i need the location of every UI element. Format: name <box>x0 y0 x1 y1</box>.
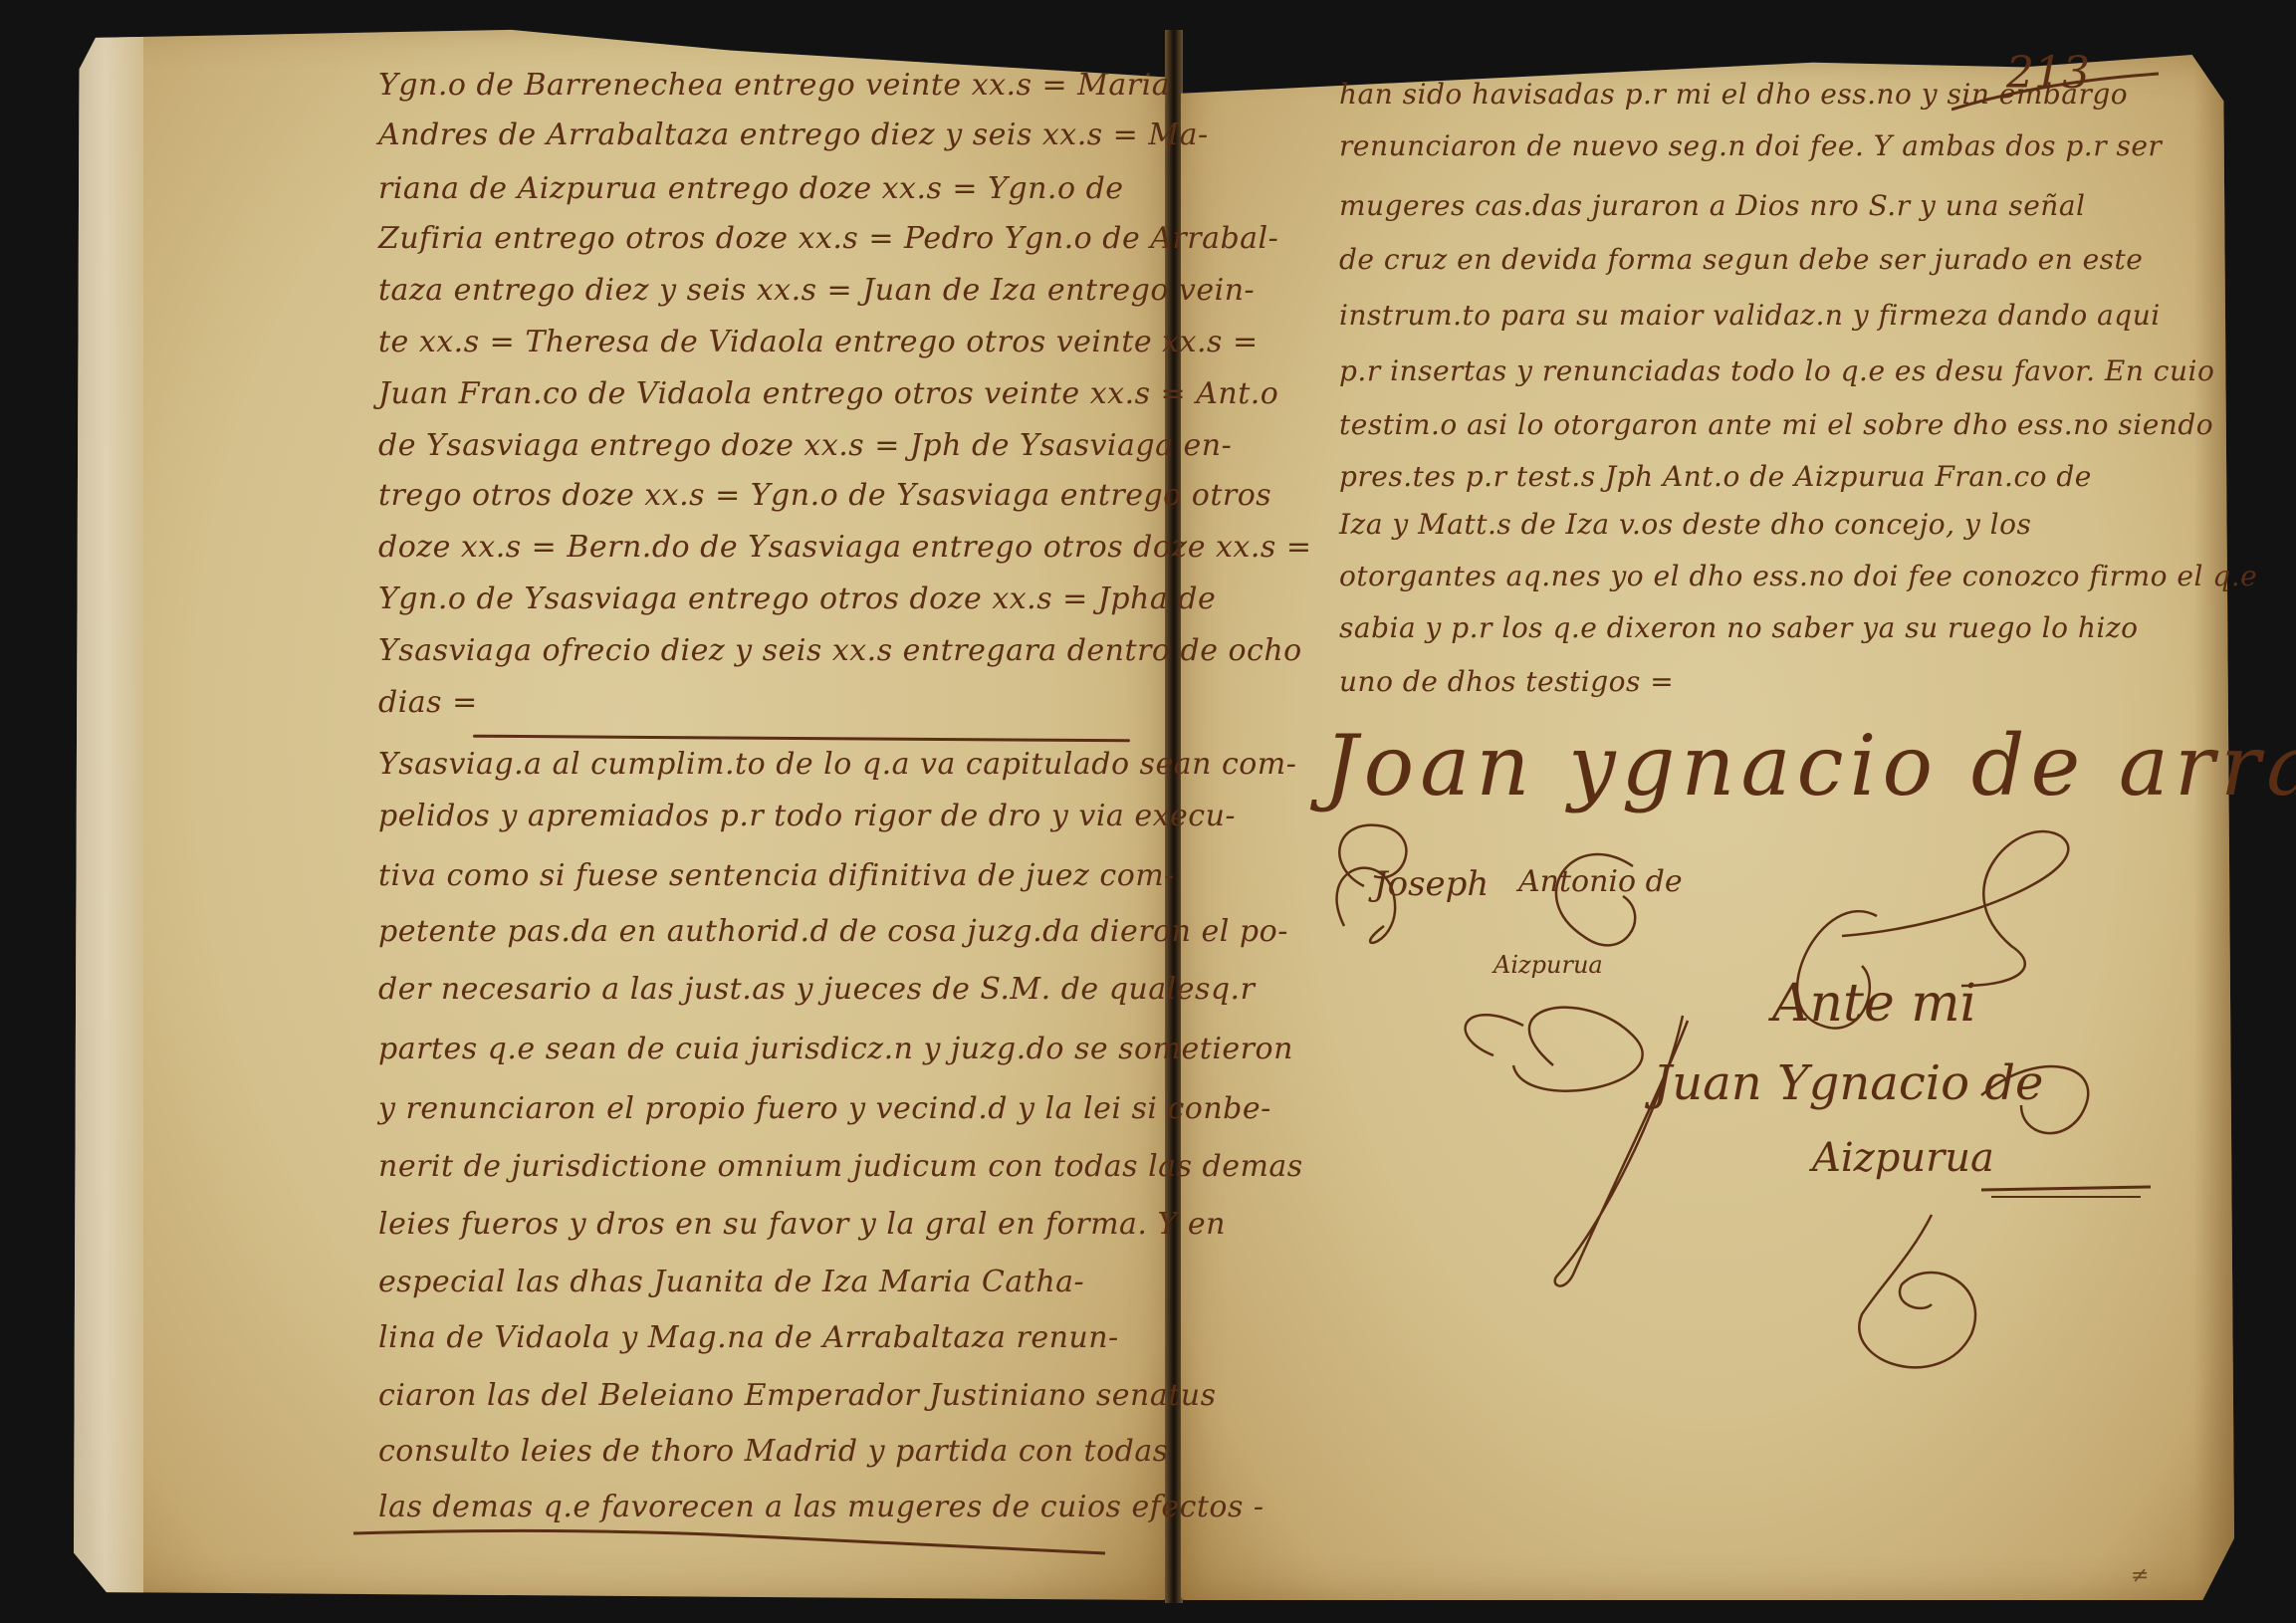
left-line-11: Ygn.o de Ysasviaga entrego otros doze xx… <box>378 581 1216 616</box>
left-para2-line-14: las demas q.e favorecen a las mugeres de… <box>378 1490 1264 1524</box>
left-line-2: Andres de Arrabaltaza entrego diez y sei… <box>378 117 1209 152</box>
left-para2-line-12: ciaron las del Beleiano Emperador Justin… <box>378 1378 1217 1413</box>
right-line-1: han sido havisadas p.r mi el dho ess.no … <box>1339 78 2128 111</box>
left-line-7: Juan Fran.co de Vidaola entrego otros ve… <box>378 376 1278 411</box>
left-para2-line-6: partes q.e sean de cuia jurisdicz.n y ju… <box>378 1032 1293 1066</box>
right-line-8: pres.tes p.r test.s Jph Ant.o de Aizpuru… <box>1339 460 2092 493</box>
left-para2-line-10: especial las dhas Juanita de Iza Maria C… <box>378 1265 1084 1299</box>
left-line-9: trego otros doze xx.s = Ygn.o de Ysasvia… <box>378 478 1271 513</box>
left-para2-line-4: petente pas.da en authorid.d de cosa juz… <box>378 914 1288 949</box>
left-para2-line-3: tiva como si fuese sentencia difinitiva … <box>378 858 1175 893</box>
right-line-7: testim.o asi lo otorgaron ante mi el sob… <box>1339 408 2213 441</box>
corner-pencil-mark: ≠ <box>2131 1563 2149 1588</box>
left-line-4: Zufiria entrego otros doze xx.s = Pedro … <box>378 221 1278 256</box>
left-line-13: dias = <box>378 685 478 720</box>
left-line-12: Ysasviaga ofrecio diez y seis xx.s entre… <box>378 633 1302 668</box>
open-manuscript-book: Ygn.o de Barrenechea entrego veinte xx.s… <box>0 0 2296 1623</box>
left-para2-line-13: consulto leies de thoro Madrid y partida… <box>378 1434 1169 1469</box>
left-para2-line-8: nerit de jurisdictione omnium judicum co… <box>378 1149 1303 1184</box>
closing-rule-flourish <box>353 1523 1110 1563</box>
signature-flourishes <box>1324 807 2220 1384</box>
left-line-6: te xx.s = Theresa de Vidaola entrego otr… <box>378 325 1259 359</box>
right-line-2: renunciaron de nuevo seg.n doi fee. Y am… <box>1339 129 2162 162</box>
left-para2-line-7: y renunciaron el propio fuero y vecind.d… <box>378 1091 1271 1126</box>
left-line-1: Ygn.o de Barrenechea entrego veinte xx.s… <box>378 68 1170 103</box>
right-line-6: p.r insertas y renunciadas todo lo q.e e… <box>1339 354 2214 387</box>
signature-joan-ygnacio-de-arrabaltaza: Joan ygnacio de arrabaltaza <box>1324 717 2296 814</box>
right-line-5: instrum.to para su maior validaz.n y fir… <box>1339 299 2161 332</box>
left-line-8: de Ysasviaga entrego doze xx.s = Jph de … <box>378 428 1232 463</box>
right-line-11: sabia y p.r los q.e dixeron no saber ya … <box>1339 611 2138 644</box>
left-para2-line-1: Ysasviag.a al cumplim.to de lo q.a va ca… <box>378 747 1296 782</box>
right-line-9: Iza y Matt.s de Iza v.os deste dho conce… <box>1339 508 2031 541</box>
left-para2-line-2: pelidos y apremiados p.r todo rigor de d… <box>378 799 1236 833</box>
left-line-10: doze xx.s = Bern.do de Ysasviaga entrego… <box>378 530 1311 565</box>
right-line-3: mugeres cas.das juraron a Dios nro S.r y… <box>1339 189 2085 222</box>
right-line-10: otorgantes aq.nes yo el dho ess.no doi f… <box>1339 560 2257 592</box>
right-line-12: uno de dhos testigos = <box>1339 665 1674 698</box>
left-para2-line-9: leies fueros y dros en su favor y la gra… <box>378 1207 1226 1242</box>
left-line-5: taza entrego diez y seis xx.s = Juan de … <box>378 273 1255 308</box>
left-line-3: riana de Aizpurua entrego doze xx.s = Yg… <box>378 171 1124 206</box>
right-line-4: de cruz en devida forma segun debe ser j… <box>1339 243 2143 276</box>
left-para2-line-5: der necesario a las just.as y jueces de … <box>378 972 1255 1007</box>
left-para2-line-11: lina de Vidaola y Mag.na de Arrabaltaza … <box>378 1320 1119 1355</box>
